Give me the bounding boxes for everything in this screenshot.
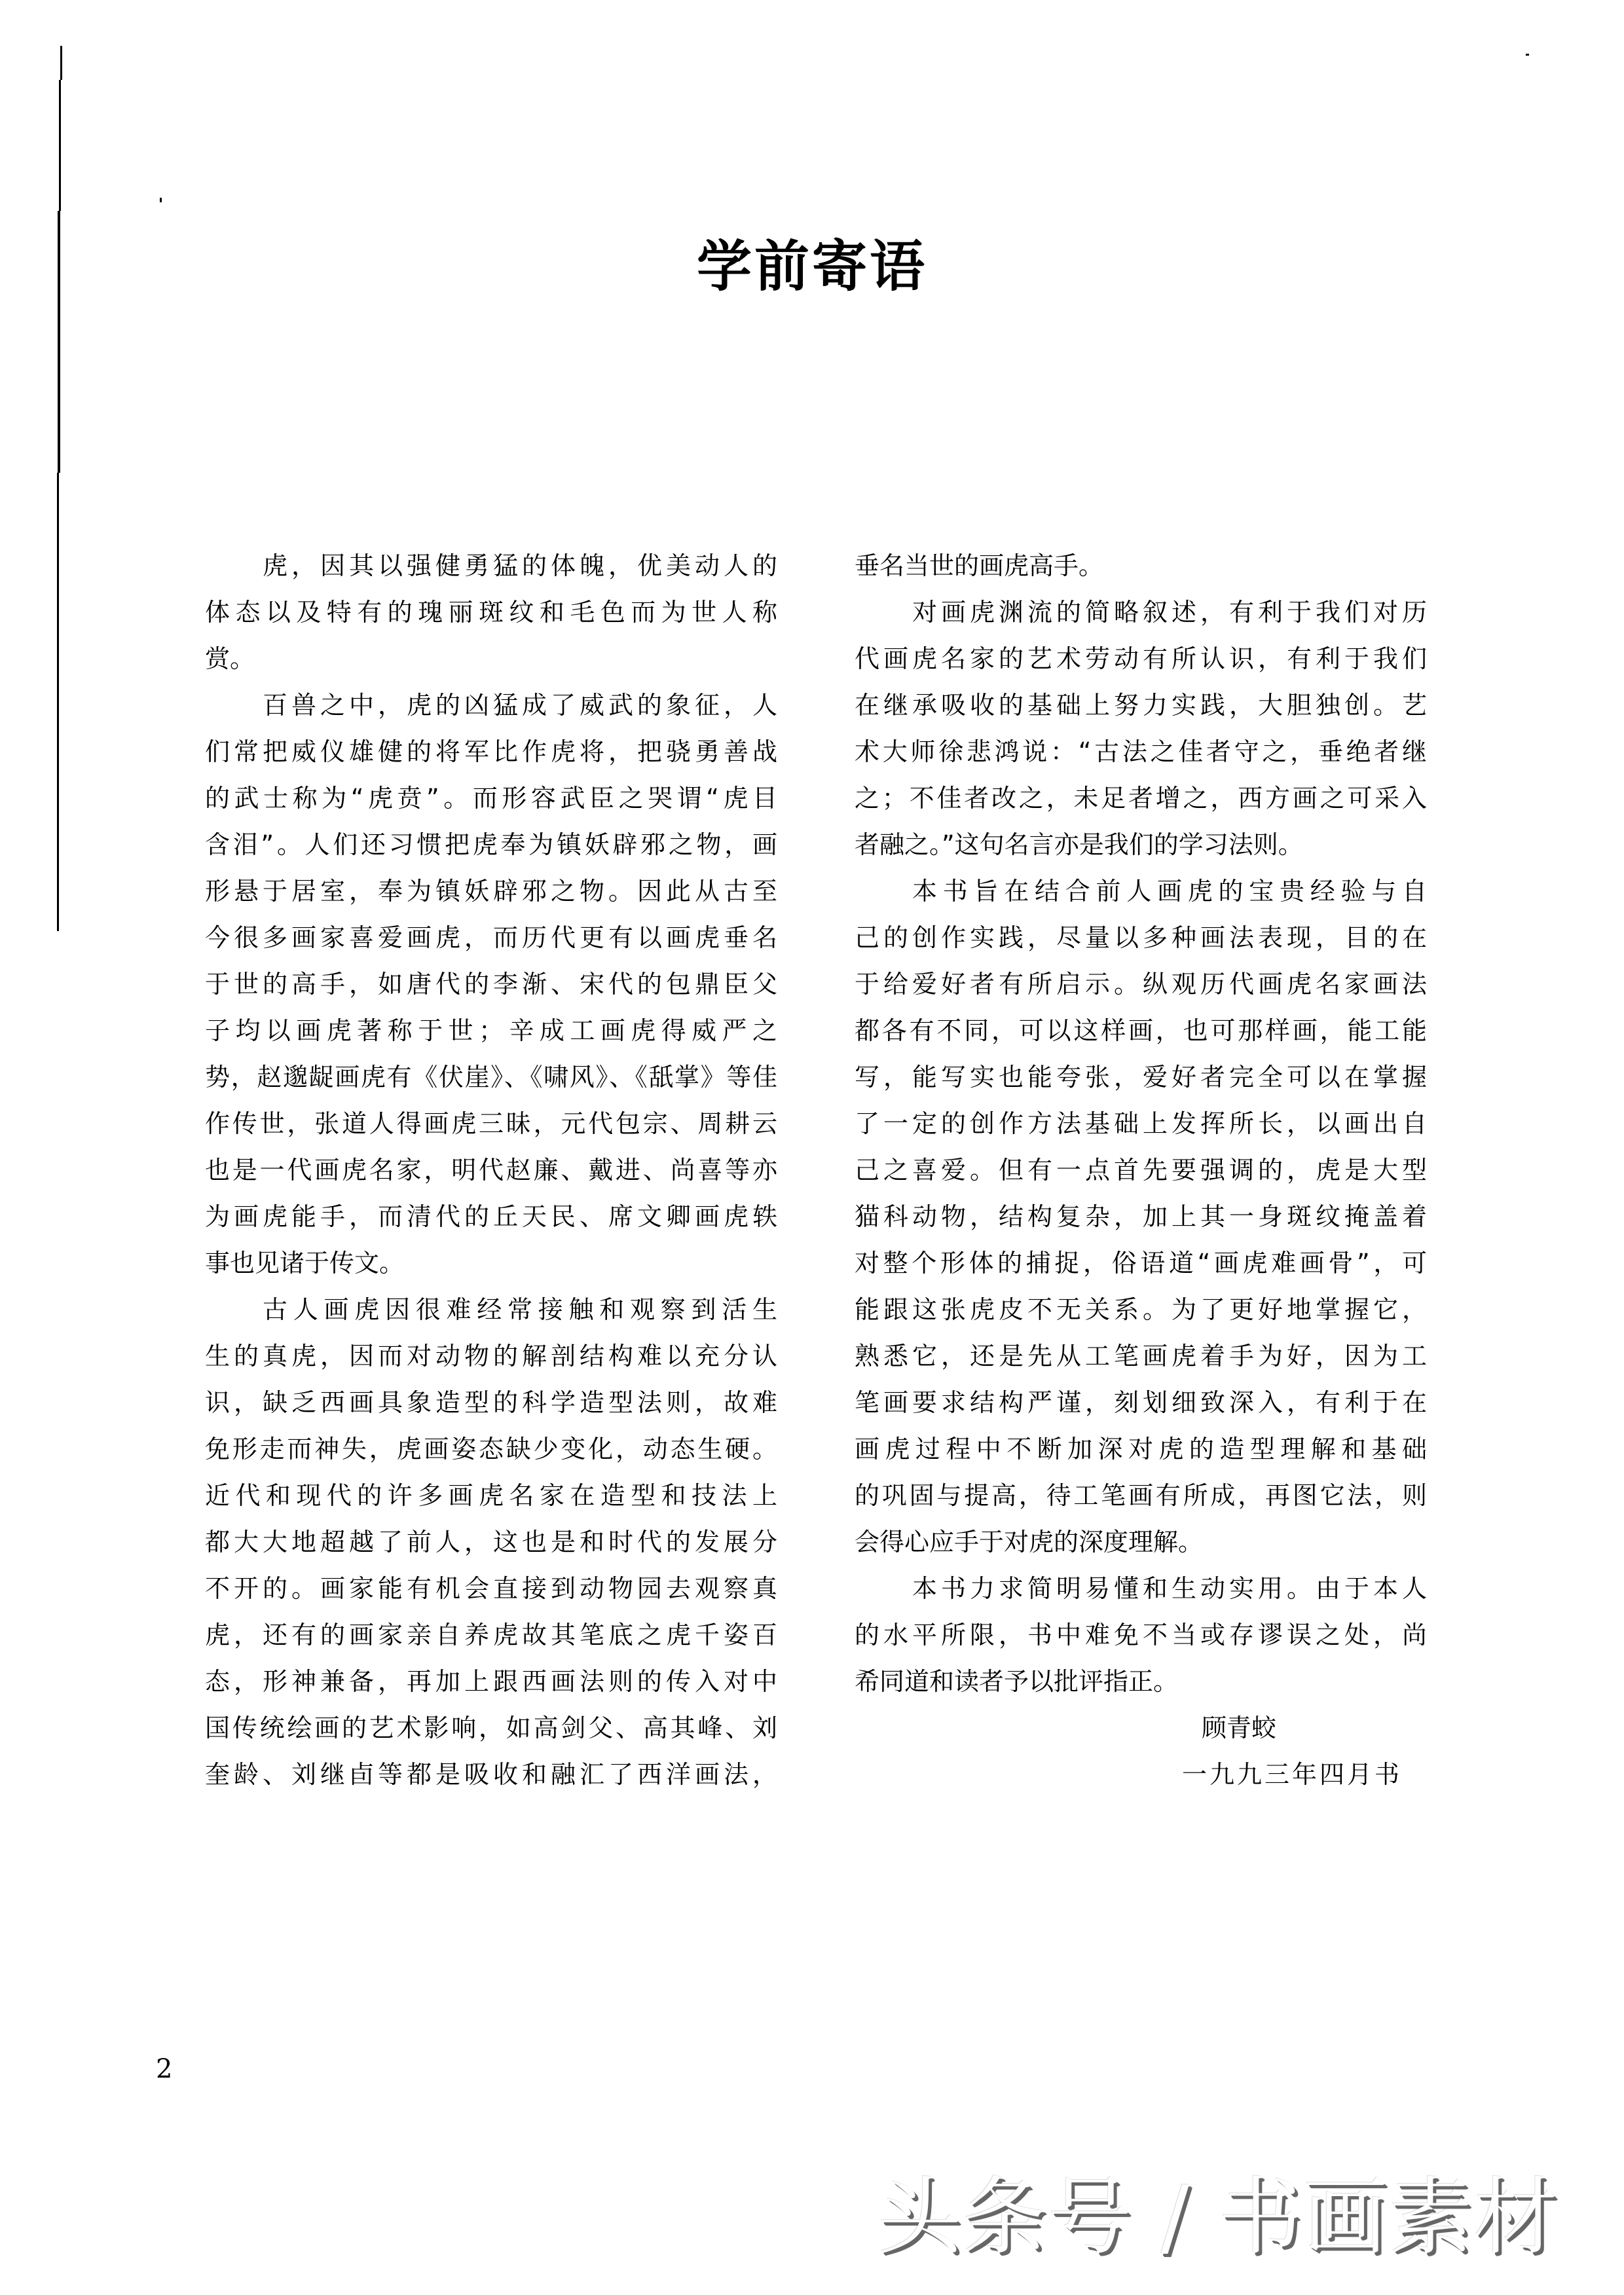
text-line: 的水平所限，书中难免不当或存谬误之处，尚 xyxy=(855,1617,1427,1663)
page-number: 2 xyxy=(156,2055,172,2084)
text-line: 体态以及特有的瑰丽斑纹和毛色而为世人称 xyxy=(205,594,777,640)
text-line: 己的创作实践，尽量以多种画法表现，目的在 xyxy=(855,919,1427,966)
text-line: 不开的。画家能有机会直接到动物园去观察真 xyxy=(205,1570,777,1617)
text-line: 术大师徐悲鸿说：“古法之佳者守之，垂绝者继 xyxy=(855,733,1427,780)
text-line: 画虎过程中不断加深对虎的造型理解和基础 xyxy=(855,1431,1427,1477)
scan-edge-line xyxy=(57,473,59,931)
text-line: 了一定的创作方法基础上发挥所长，以画出自 xyxy=(855,1105,1427,1152)
text-line: 含泪”。人们还习惯把虎奉为镇妖辟邪之物，画 xyxy=(205,826,777,873)
text-line: 者融之。”这句名言亦是我们的学习法则。 xyxy=(855,826,1427,873)
text-line: 在继承吸收的基础上努力实践，大胆独创。艺 xyxy=(855,687,1427,733)
scan-speck xyxy=(1526,54,1529,56)
text-line: 笔画要求结构严谨，刻划细致深入，有利于在 xyxy=(855,1384,1427,1431)
text-line: 写，能写实也能夸张，爱好者完全可以在掌握 xyxy=(855,1059,1427,1105)
text-line: 今很多画家喜爱画虎，而历代更有以画虎垂名 xyxy=(205,919,777,966)
text-line: 生的真虎，因而对动物的解剖结构难以充分认 xyxy=(205,1338,777,1384)
text-line: 会得心应手于对虎的深度理解。 xyxy=(855,1524,1427,1570)
text-line: 们常把威仪雄健的将军比作虎将，把骁勇善战 xyxy=(205,733,777,780)
text-line: 于给爱好者有所启示。纵观历代画虎名家画法 xyxy=(855,966,1427,1012)
text-line: 作传世，张道人得画虎三昧，元代包宗、周耕云 xyxy=(205,1105,777,1152)
text-line: 都各有不同，可以这样画，也可那样画，能工能 xyxy=(855,1012,1427,1059)
text-line: 希同道和读者予以批评指正。 xyxy=(855,1663,1427,1710)
scan-edge-line xyxy=(58,211,60,473)
text-line: 己之喜爱。但有一点首先要强调的，虎是大型 xyxy=(855,1152,1427,1198)
text-line: 国传统绘画的艺术影响，如高剑父、高其峰、刘 xyxy=(205,1710,777,1756)
left-text-column: 虎，因其以强健勇猛的体魄，优美动人的体态以及特有的瑰丽斑纹和毛色而为世人称赏。百… xyxy=(205,547,777,1803)
text-line: 猫科动物，结构复杂，加上其一身斑纹掩盖着 xyxy=(855,1198,1427,1245)
text-line: 势，赵邈龊画虎有《伏崖》、《啸风》、《舐掌》等佳 xyxy=(205,1059,777,1105)
text-line: 奎龄、刘继卣等都是吸收和融汇了西洋画法， xyxy=(205,1756,777,1803)
text-line: 之；不佳者改之，未足者增之，西方画之可采入 xyxy=(855,780,1427,826)
text-line: 事也见诸于传文。 xyxy=(205,1245,777,1291)
signature-date: 一九九三年四月书 xyxy=(855,1756,1427,1803)
signature-author: 顾青蛟 xyxy=(855,1710,1427,1756)
watermark: 头条号 / 书画素材 xyxy=(877,2169,1559,2267)
text-line: 近代和现代的许多画虎名家在造型和技法上 xyxy=(205,1477,777,1524)
text-line: 赏。 xyxy=(205,640,777,687)
text-line: 虎，因其以强健勇猛的体魄，优美动人的 xyxy=(205,547,777,594)
text-line: 也是一代画虎名家，明代赵廉、戴进、尚喜等亦 xyxy=(205,1152,777,1198)
text-line: 为画虎能手，而清代的丘天民、席文卿画虎轶 xyxy=(205,1198,777,1245)
text-line: 古人画虎因很难经常接触和观察到活生 xyxy=(205,1291,777,1338)
right-text-column: 垂名当世的画虎高手。对画虎渊流的简略叙述，有利于我们对历代画虎名家的艺术劳动有所… xyxy=(855,547,1427,1803)
text-line: 形悬于居室，奉为镇妖辟邪之物。因此从古至 xyxy=(205,873,777,919)
text-line: 虎，还有的画家亲自养虎故其笔底之虎千姿百 xyxy=(205,1617,777,1663)
page-title: 学前寄语 xyxy=(681,230,943,303)
text-line: 本书旨在结合前人画虎的宝贵经验与自 xyxy=(855,873,1427,919)
text-line: 的武士称为“虎贲”。而形容武臣之哭谓“虎目 xyxy=(205,780,777,826)
text-line: 子均以画虎著称于世；辛成工画虎得威严之 xyxy=(205,1012,777,1059)
text-line: 对整个形体的捕捉，俗语道“画虎难画骨”，可 xyxy=(855,1245,1427,1291)
scan-edge-line xyxy=(59,80,61,211)
text-line: 对画虎渊流的简略叙述，有利于我们对历 xyxy=(855,594,1427,640)
text-line: 百兽之中，虎的凶猛成了威武的象征，人 xyxy=(205,687,777,733)
text-line: 于世的高手，如唐代的李渐、宋代的包鼎臣父 xyxy=(205,966,777,1012)
text-line: 都大大地超越了前人，这也是和时代的发展分 xyxy=(205,1524,777,1570)
text-line: 垂名当世的画虎高手。 xyxy=(855,547,1427,594)
text-line: 识，缺乏西画具象造型的科学造型法则，故难 xyxy=(205,1384,777,1431)
scan-speck xyxy=(160,198,162,202)
text-line: 熟悉它，还是先从工笔画虎着手为好，因为工 xyxy=(855,1338,1427,1384)
text-line: 免形走而神失，虎画姿态缺少变化，动态生硬。 xyxy=(205,1431,777,1477)
text-line: 的巩固与提高，待工笔画有所成，再图它法，则 xyxy=(855,1477,1427,1524)
text-line: 代画虎名家的艺术劳动有所认识，有利于我们 xyxy=(855,640,1427,687)
text-line: 态，形神兼备，再加上跟西画法则的传入对中 xyxy=(205,1663,777,1710)
text-line: 本书力求简明易懂和生动实用。由于本人 xyxy=(855,1570,1427,1617)
scan-edge-line xyxy=(60,46,62,80)
text-line: 能跟这张虎皮不无关系。为了更好地掌握它， xyxy=(855,1291,1427,1338)
